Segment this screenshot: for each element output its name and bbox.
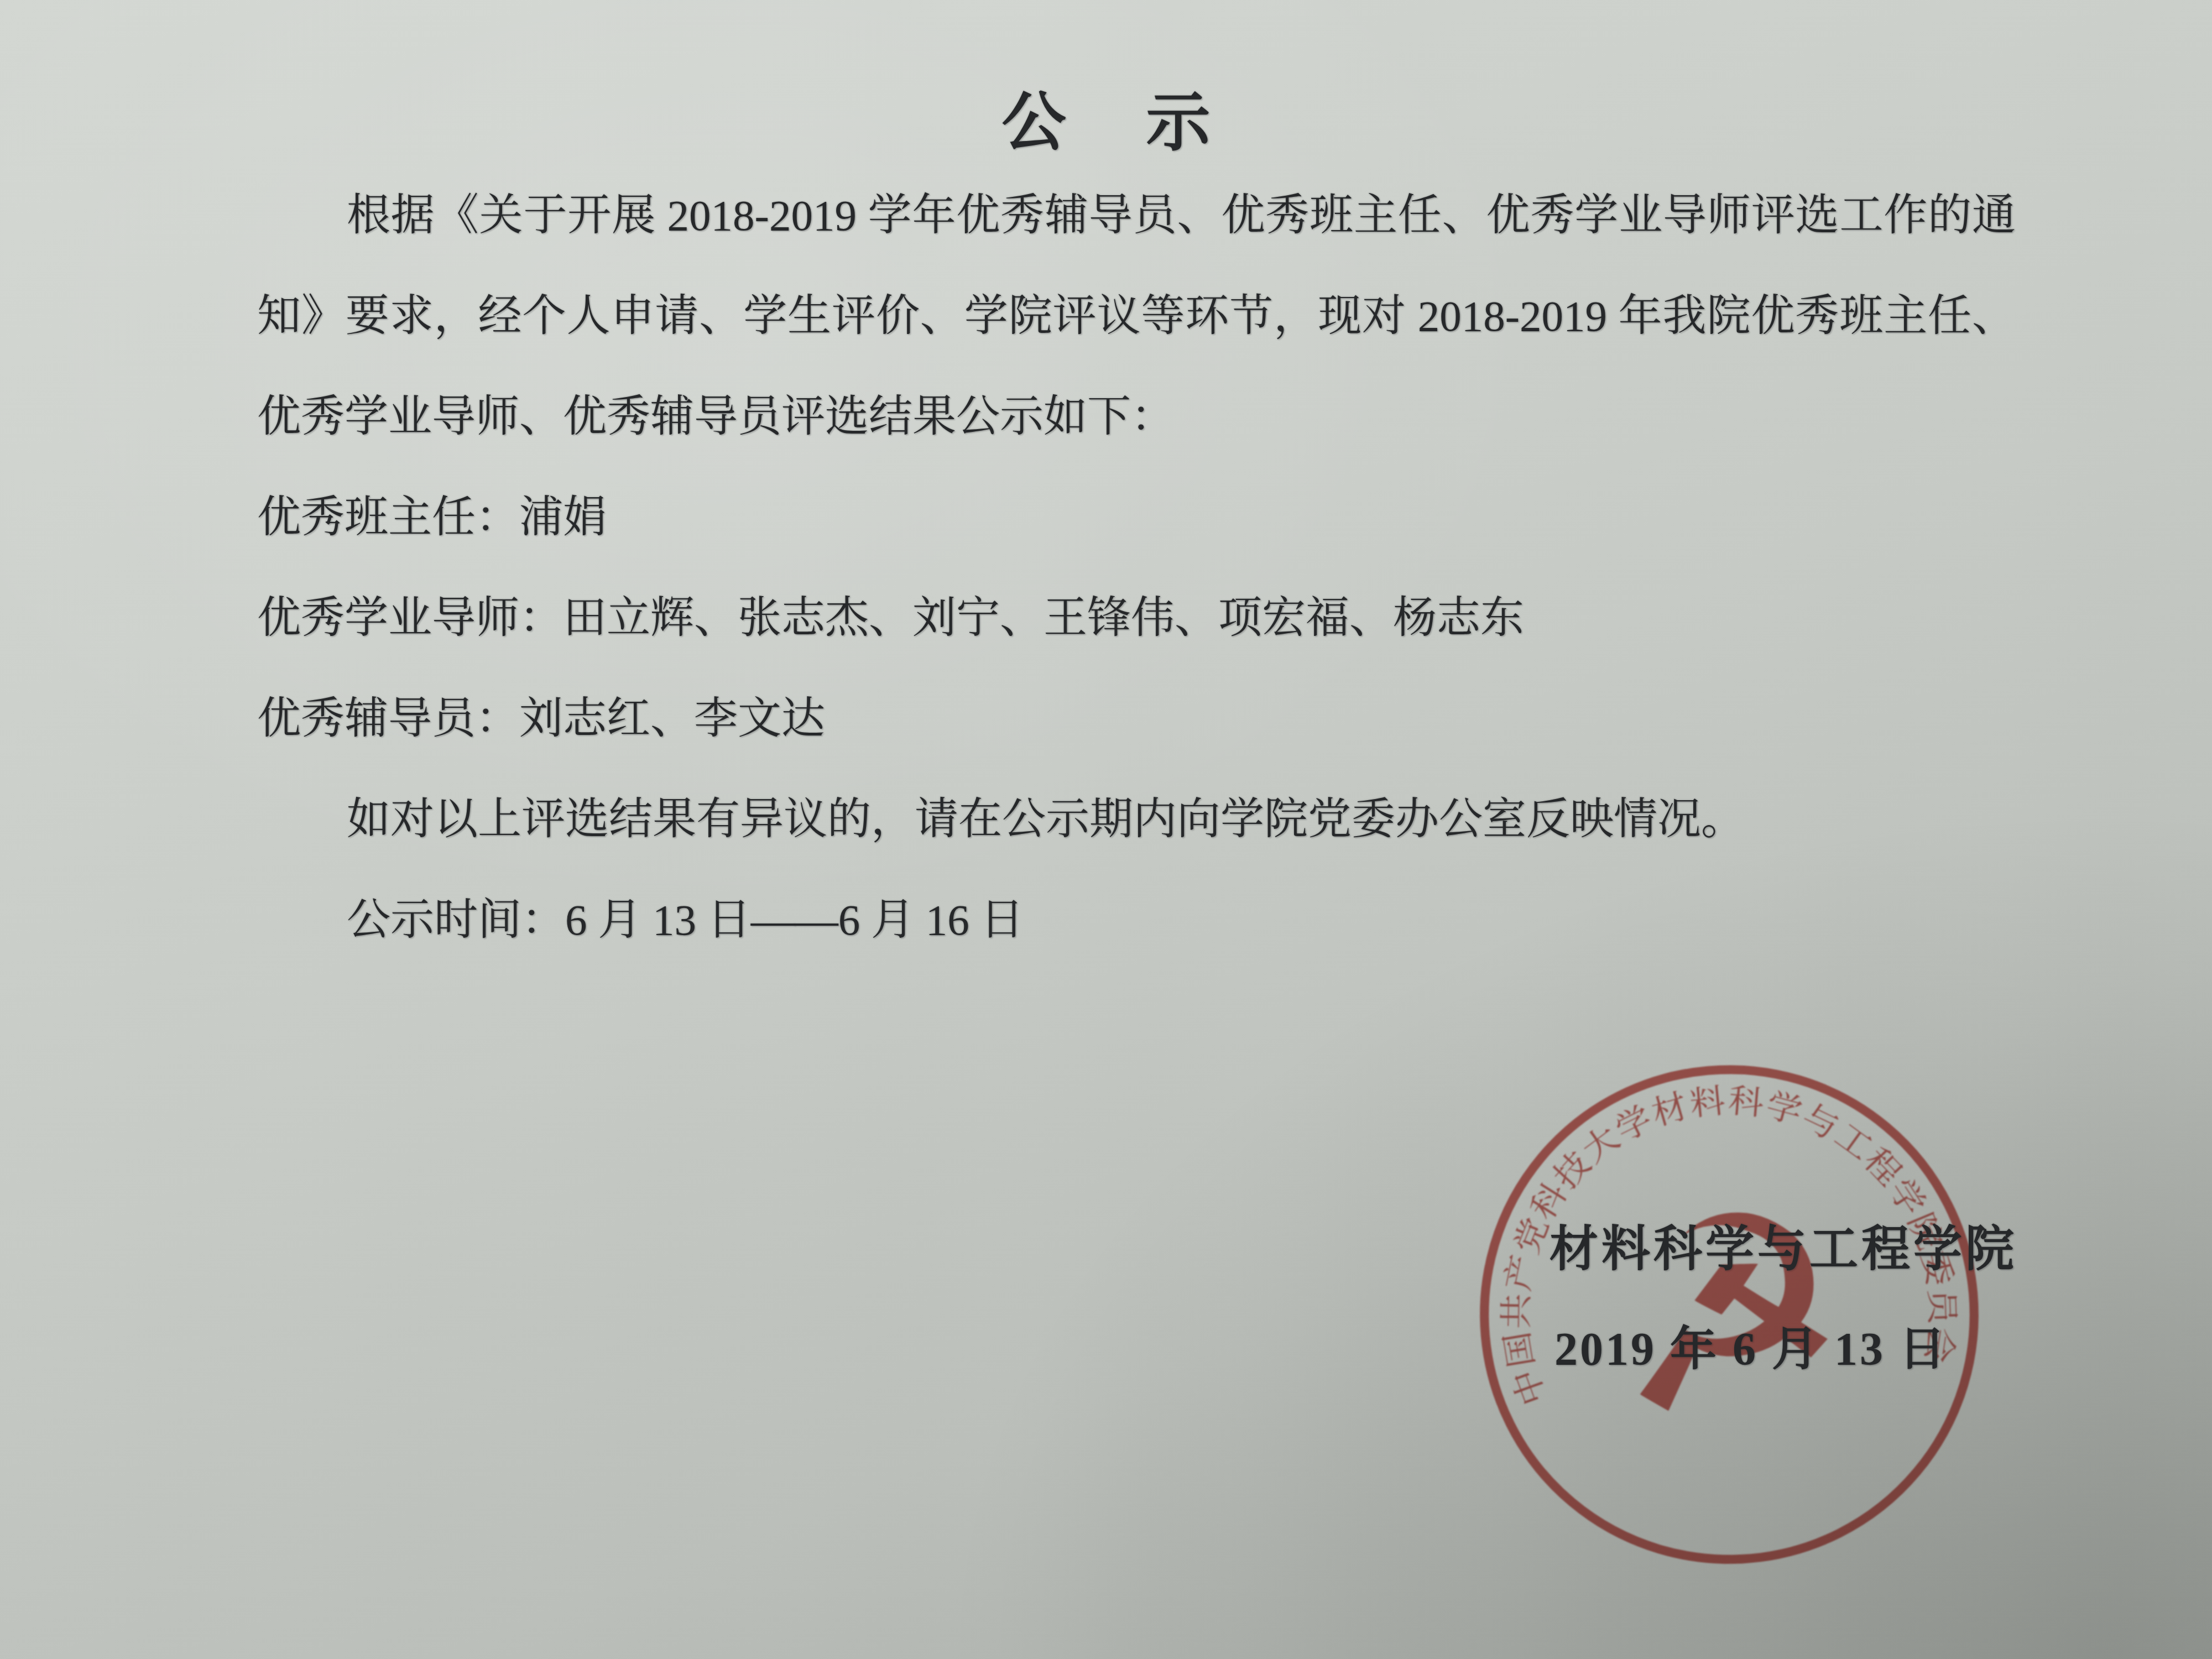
signature-date: 2019 年 6 月 13 日	[1554, 1312, 1948, 1379]
result-row-counselors: 优秀辅导员：刘志红、李文达	[257, 669, 2016, 770]
objection-notice: 如对以上评选结果有异议的，请在公示期内向学院党委办公室反映情况。	[257, 770, 2016, 870]
notice-document: 公 示 根据《关于开展 2018-2019 学年优秀辅导员、优秀班主任、优秀学业…	[0, 0, 2212, 1659]
intro-paragraph: 根据《关于开展 2018-2019 学年优秀辅导员、优秀班主任、优秀学业导师评选…	[257, 166, 2016, 468]
publicity-period: 公示时间：6 月 13 日——6 月 16 日	[257, 870, 2016, 971]
document-title: 公 示	[0, 71, 2212, 163]
result-row-academic-tutors: 优秀学业导师：田立辉、张志杰、刘宁、王锋伟、项宏福、杨志东	[257, 568, 2016, 669]
signature-organization: 材料科学与工程学院	[1550, 1210, 2017, 1280]
document-body: 根据《关于开展 2018-2019 学年优秀辅导员、优秀班主任、优秀学业导师评选…	[257, 166, 2016, 971]
result-row-class-advisor: 优秀班主任：浦娟	[257, 468, 2016, 568]
